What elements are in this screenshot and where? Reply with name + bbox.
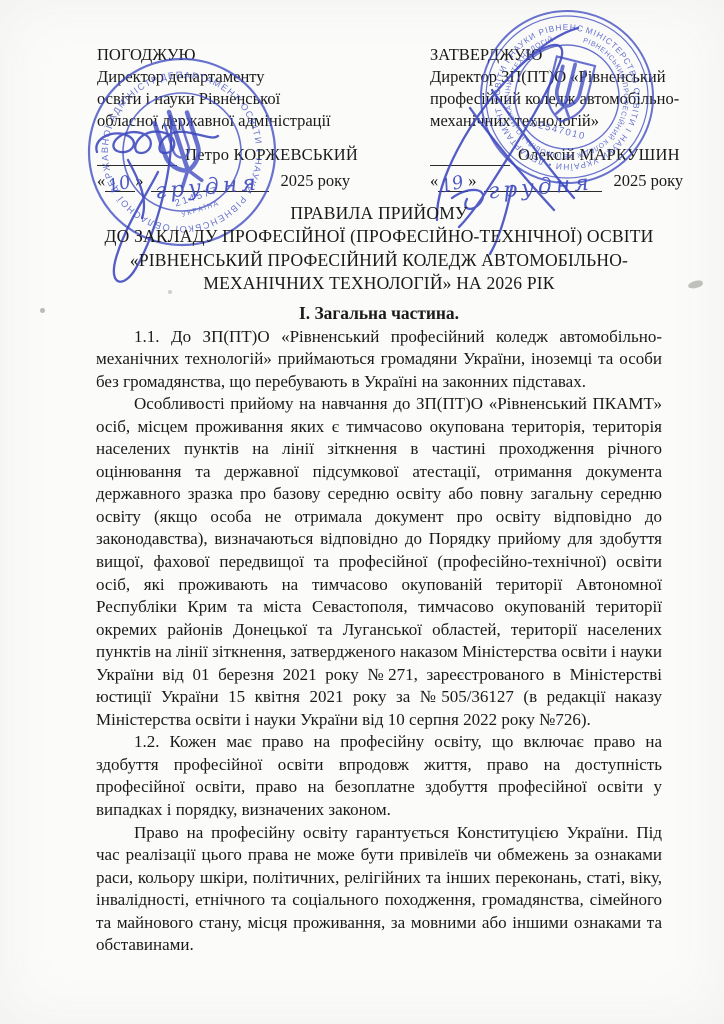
title-line: ПРАВИЛА ПРИЙОМУ bbox=[96, 202, 662, 225]
scan-smudge bbox=[687, 280, 703, 290]
title-line: МЕХАНІЧНИХ ТЕХНОЛОГІЙ» НА 2026 РІК bbox=[96, 272, 662, 295]
document-title: ПРАВИЛА ПРИЙОМУ ДО ЗАКЛАДУ ПРОФЕСІЙНОЇ (… bbox=[96, 202, 662, 296]
date-year-left: 2025 року bbox=[281, 170, 351, 192]
paragraph-1-2: 1.2. Кожен має право на професійну освіт… bbox=[96, 731, 662, 821]
handwritten-day-right: 19 bbox=[439, 172, 467, 199]
quote-open: « bbox=[430, 170, 438, 192]
official-stamp-right: МІНІСТЕРСТВО ОСВІТИ І НАУКИ УКРАЇНИ • ДЕ… bbox=[478, 8, 656, 186]
document-body: І. Загальна частина. 1.1. До ЗП(ПТ)О «Рі… bbox=[96, 302, 662, 957]
trident-icon bbox=[542, 56, 595, 126]
trident-icon bbox=[153, 107, 209, 189]
title-line: ДО ЗАКЛАДУ ПРОФЕСІЙНОЇ (ПРОФЕСІЙНО-ТЕХНІ… bbox=[96, 225, 662, 248]
document-page: ПОГОДЖУЮ Директор департаменту освіти і … bbox=[0, 0, 724, 1024]
date-day-slot: 19 bbox=[438, 169, 468, 192]
paragraph-1-1: 1.1. До ЗП(ПТ)О «Рівненський професійний… bbox=[96, 326, 662, 394]
paragraph-features: Особливості прийому на навчання до ЗП(ПТ… bbox=[96, 393, 662, 731]
scan-speck bbox=[40, 308, 45, 313]
scan-speck bbox=[168, 290, 172, 294]
section-heading: І. Загальна частина. bbox=[96, 302, 662, 325]
title-line: «РІВНЕНСЬКИЙ ПРОФЕСІЙНИЙ КОЛЕДЖ АВТОМОБІ… bbox=[96, 249, 662, 272]
paragraph-rights: Право на професійну освіту гарантується … bbox=[96, 822, 662, 957]
stamp-code-right: 02547010 bbox=[530, 118, 587, 142]
quote-close: » bbox=[468, 170, 476, 192]
